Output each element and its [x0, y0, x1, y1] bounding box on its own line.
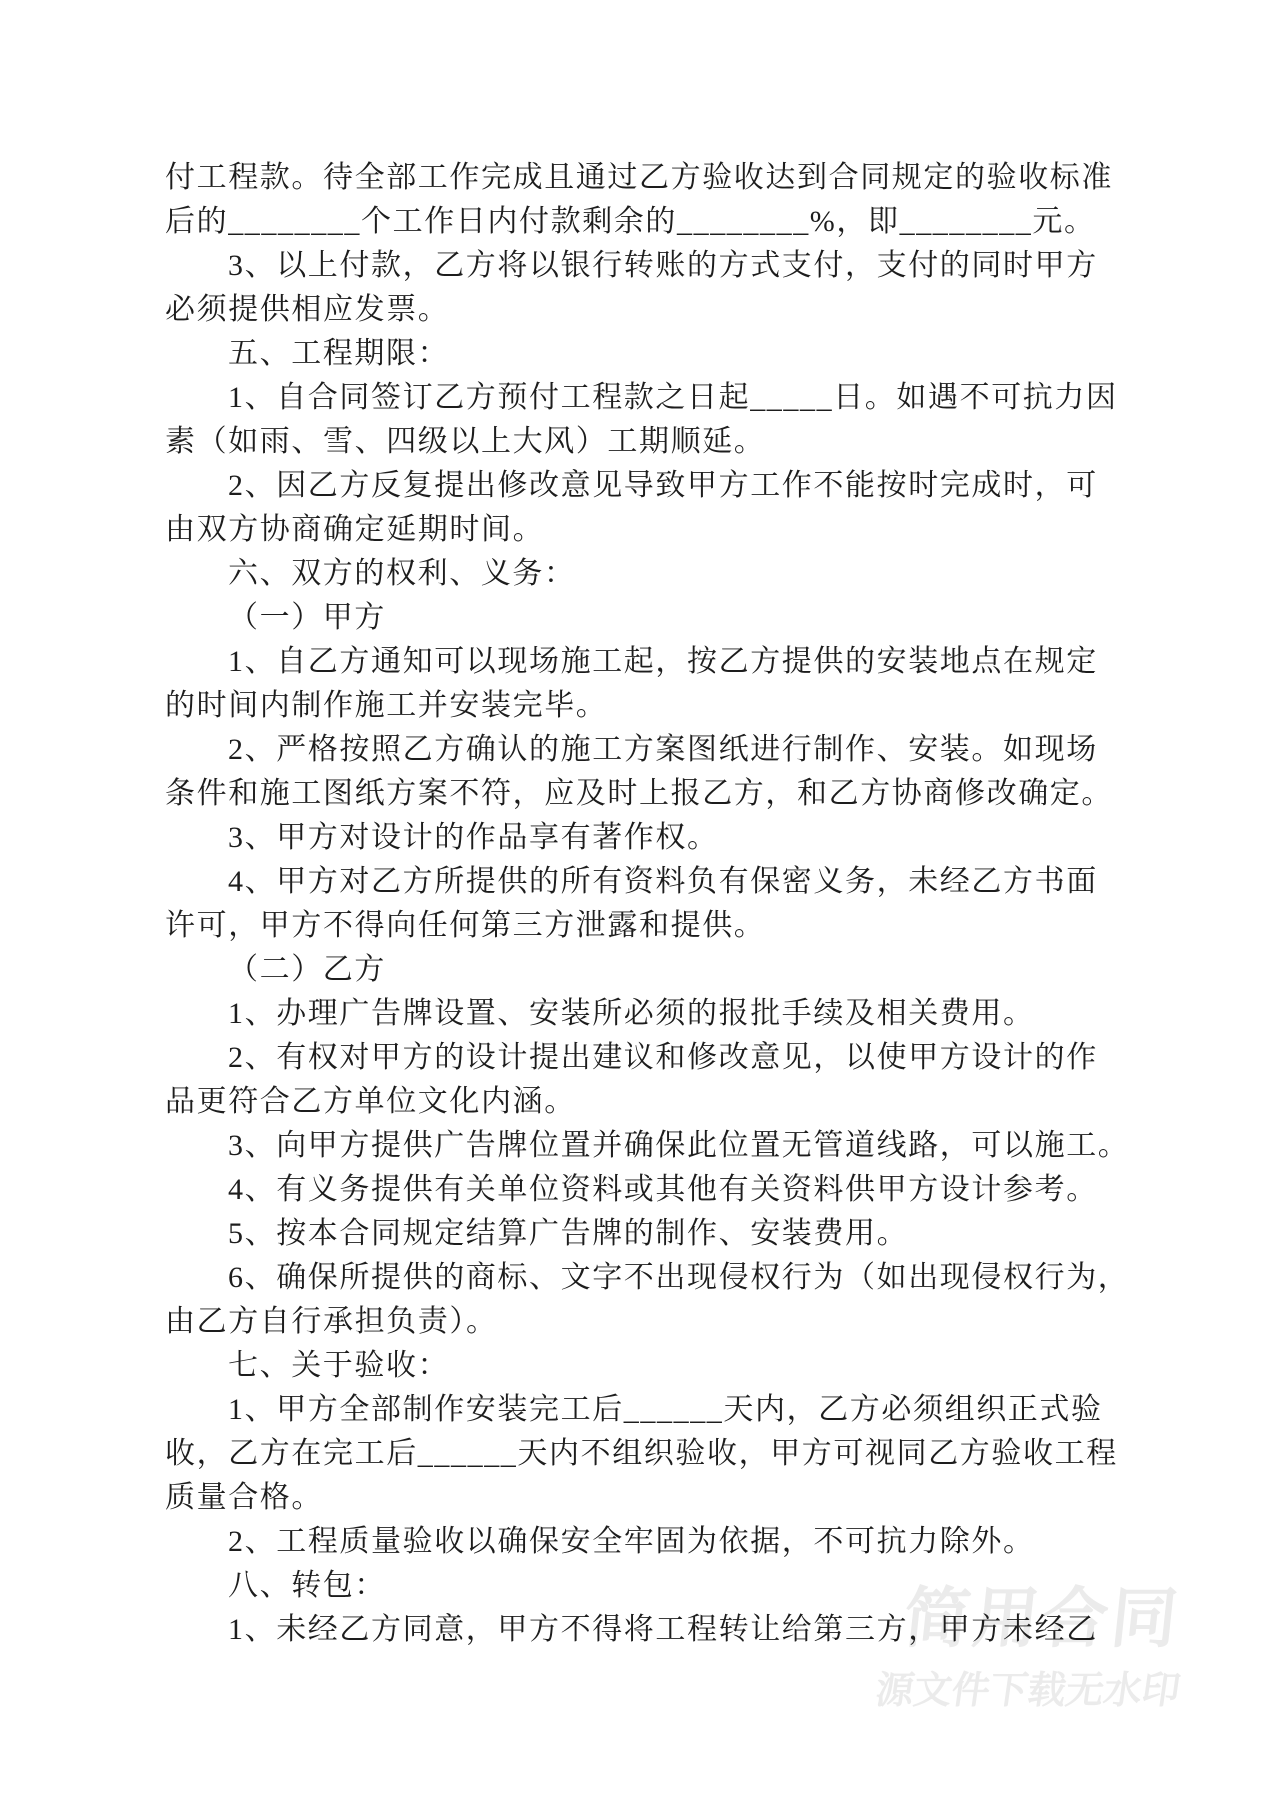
contract-line: 4、甲方对乙方所提供的所有资料负有保密义务，未经乙方书面 [165, 860, 1125, 904]
contract-line: 由乙方自行承担负责）。 [165, 1300, 1125, 1344]
contract-line: 3、以上付款，乙方将以银行转账的方式支付，支付的同时甲方 [165, 244, 1125, 288]
contract-line: 3、甲方对设计的作品享有著作权。 [165, 816, 1125, 860]
contract-line: 1、自合同签订乙方预付工程款之日起_____日。如遇不可抗力因 [165, 376, 1125, 420]
contract-line: （一）甲方 [165, 596, 1125, 640]
contract-line: 1、办理广告牌设置、安装所必须的报批手续及相关费用。 [165, 992, 1125, 1036]
contract-line: 付工程款。待全部工作完成且通过乙方验收达到合同规定的验收标准 [165, 156, 1125, 200]
contract-line: 4、有义务提供有关单位资料或其他有关资料供甲方设计参考。 [165, 1168, 1125, 1212]
contract-line: 素（如雨、雪、四级以上大风）工期顺延。 [165, 420, 1125, 464]
contract-line: 许可，甲方不得向任何第三方泄露和提供。 [165, 904, 1125, 948]
contract-line: 由双方协商确定延期时间。 [165, 508, 1125, 552]
contract-line: 2、有权对甲方的设计提出建议和修改意见，以使甲方设计的作 [165, 1036, 1125, 1080]
contract-line: 必须提供相应发票。 [165, 288, 1125, 332]
contract-line: 八、转包： [165, 1564, 1125, 1608]
contract-line: 品更符合乙方单位文化内涵。 [165, 1080, 1125, 1124]
contract-line: 2、严格按照乙方确认的施工方案图纸进行制作、安装。如现场 [165, 728, 1125, 772]
contract-line: 1、未经乙方同意，甲方不得将工程转让给第三方，甲方未经乙 [165, 1608, 1125, 1652]
contract-line: 七、关于验收： [165, 1344, 1125, 1388]
contract-line: （二）乙方 [165, 948, 1125, 992]
contract-line: 的时间内制作施工并安装完毕。 [165, 684, 1125, 728]
watermark-subtitle: 源文件下载无水印 [873, 1670, 1183, 1710]
contract-page: 简用合同 源文件下载无水印 付工程款。待全部工作完成且通过乙方验收达到合同规定的… [0, 0, 1280, 1810]
contract-line: 五、工程期限： [165, 332, 1125, 376]
contract-line: 6、确保所提供的商标、文字不出现侵权行为（如出现侵权行为， [165, 1256, 1125, 1300]
contract-line: 2、工程质量验收以确保安全牢固为依据，不可抗力除外。 [165, 1520, 1125, 1564]
contract-line: 质量合格。 [165, 1476, 1125, 1520]
contract-line: 3、向甲方提供广告牌位置并确保此位置无管道线路，可以施工。 [165, 1124, 1125, 1168]
contract-line: 1、甲方全部制作安装完工后______天内，乙方必须组织正式验 [165, 1388, 1125, 1432]
contract-line: 后的________个工作日内付款剩余的________%，即________元… [165, 200, 1125, 244]
contract-line: 5、按本合同规定结算广告牌的制作、安装费用。 [165, 1212, 1125, 1256]
contract-line: 收，乙方在完工后______天内不组织验收，甲方可视同乙方验收工程 [165, 1432, 1125, 1476]
contract-line: 条件和施工图纸方案不符，应及时上报乙方，和乙方协商修改确定。 [165, 772, 1125, 816]
contract-line: 六、双方的权利、义务： [165, 552, 1125, 596]
contract-line: 1、自乙方通知可以现场施工起，按乙方提供的安装地点在规定 [165, 640, 1125, 684]
contract-line: 2、因乙方反复提出修改意见导致甲方工作不能按时完成时，可 [165, 464, 1125, 508]
contract-body: 付工程款。待全部工作完成且通过乙方验收达到合同规定的验收标准后的________… [165, 156, 1125, 1652]
